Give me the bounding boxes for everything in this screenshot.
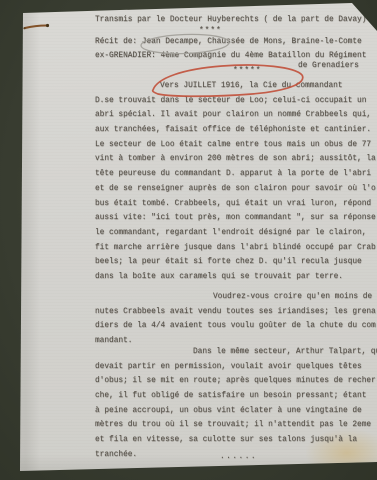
scanned-document-page: Transmis par le Docteur Huyberechts ( de… bbox=[0, 0, 377, 480]
typed-line: abri spécial. Il avait pour clairon un n… bbox=[95, 108, 377, 123]
typed-line: Vers JUILLET 1916, la Cie du commandant bbox=[95, 79, 377, 94]
paragraph-2: Voudrez-vous croire qu'en moins de 10 mi… bbox=[95, 290, 377, 349]
typed-line: et fila en vitesse, sa culotte sur ses t… bbox=[95, 433, 377, 448]
typed-line: nutes Crabbeels avait vendu toutes ses i… bbox=[95, 305, 377, 320]
recit-line: Récit de: Jean Decampe, Chaussée de Mons… bbox=[95, 37, 362, 48]
separator-asterisks-top: **** bbox=[199, 26, 222, 37]
separator-asterisks-mid: ***** bbox=[233, 66, 261, 77]
typed-line: Le secteur de Loo était calme entre tous… bbox=[95, 138, 377, 153]
date-line-rest: la Cie du commandant bbox=[244, 82, 342, 90]
typed-line: vint à tomber à environ 200 mètres de so… bbox=[95, 152, 377, 167]
typed-line: fit marche arrière jusque dans l'abri bl… bbox=[95, 241, 377, 256]
separator-dots-bottom: ...... bbox=[220, 452, 257, 463]
paragraph-1: Vers JUILLET 1916, la Cie du commandant … bbox=[95, 79, 377, 285]
typed-line: che, il fut obligé de satisfaire un beso… bbox=[95, 389, 377, 404]
paragraph-3: Dans le même secteur, Arthur Talpart, qu… bbox=[95, 345, 377, 463]
typewritten-text: Transmis par le Docteur Huyberechts ( de… bbox=[0, 0, 377, 480]
typed-line: aussi vite: "ici tout près, mon commanda… bbox=[95, 211, 377, 226]
circled-date: Vers JUILLET 1916, bbox=[160, 82, 244, 90]
recit-prefix: Récit de: bbox=[95, 38, 142, 46]
typed-line: aux tranchées, faisait office de télépho… bbox=[95, 123, 377, 138]
transmission-line: Transmis par le Docteur Huyberechts ( de… bbox=[95, 15, 366, 26]
unit-line-continuation: de Grenadiers bbox=[298, 61, 359, 72]
typed-line: Dans le même secteur, Arthur Talpart, qu… bbox=[95, 345, 377, 360]
typed-line: d'obus; il se mit en route; après quelqu… bbox=[95, 374, 377, 389]
typed-line: à peine accroupi, un obus vint éclater à… bbox=[95, 404, 377, 419]
typed-line: mètres du trou où il se trouvait; il n'a… bbox=[95, 418, 377, 433]
typed-line: diers de la 4/4 avaient tous voulu goûte… bbox=[95, 319, 377, 334]
typed-line: le commandant, regardant l'endroit désig… bbox=[95, 226, 377, 241]
paper-sheet: Transmis par le Docteur Huyberechts ( de… bbox=[0, 0, 377, 480]
typed-line: bus était tombé. Crabbeels, qui était un… bbox=[95, 197, 377, 212]
typed-line: beels; la peur était si forte chez D. qu… bbox=[95, 255, 377, 270]
typed-line: Voudrez-vous croire qu'en moins de 10 mi bbox=[95, 290, 377, 305]
circled-witness-name: Jean Decampe, bbox=[142, 38, 203, 46]
typed-line: D.se trouvait dans le secteur de Loo; ce… bbox=[95, 94, 377, 109]
typed-line: tête peureuse du commandant D. apparut à… bbox=[95, 167, 377, 182]
typed-line: dans la boîte aux caramels qui se trouva… bbox=[95, 270, 377, 285]
typed-line: et de se renseigner auprès de son clairo… bbox=[95, 182, 377, 197]
typed-line: devait partir en permission, voulait avo… bbox=[95, 360, 377, 375]
recit-address: Chaussée de Mons, Braine-le-Comte bbox=[203, 38, 362, 46]
